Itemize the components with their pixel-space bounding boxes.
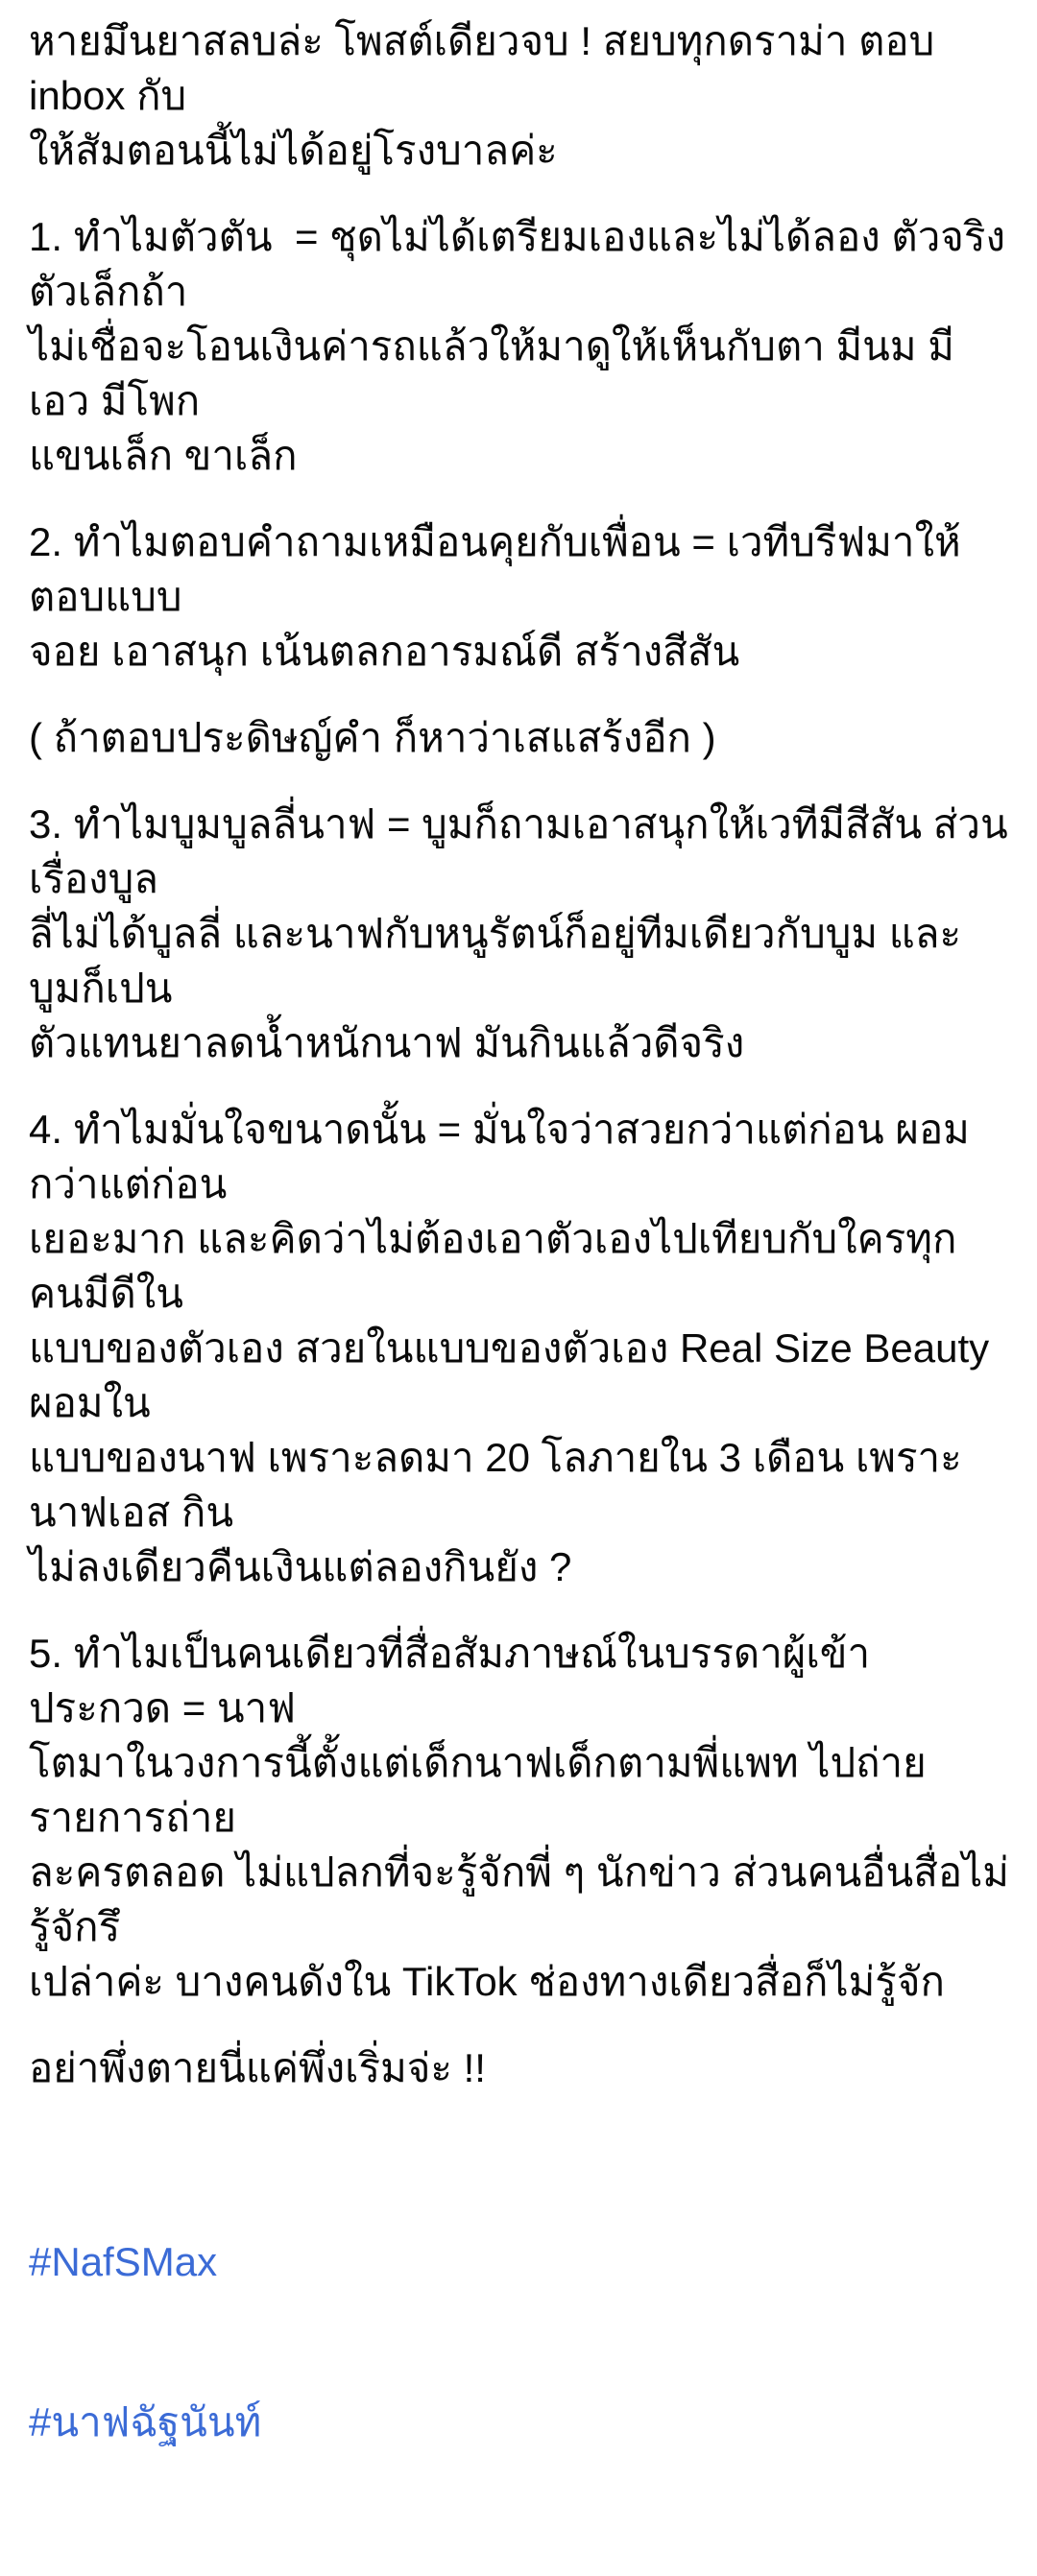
post-point-3-paragraph: 3. ทำไมบูมบูลลี่นาฟ = บูมก็ถามเอาสนุกให้… xyxy=(29,797,1010,1070)
post-intro-paragraph: หายมึนยาสลบล่ะ โพสต์เดียวจบ ! สยบทุกดราม… xyxy=(29,13,1010,178)
post-closing-paragraph: อย่าพึ่งตายนี่แค่พึ่งเริ่มจ่ะ !! xyxy=(29,2040,1010,2095)
hashtag-block: #NafSMax #นาฟฉัฐนันท์ xyxy=(29,2127,1010,2557)
post-point-4-paragraph: 4. ทำไมมั่นใจขนาดนั้น = มั่นใจว่าสวยกว่า… xyxy=(29,1102,1010,1594)
post-content: หายมึนยาสลบล่ะ โพสต์เดียวจบ ! สยบทุกดราม… xyxy=(0,0,1037,2576)
post-point-1-paragraph: 1. ทำไมตัวตัน = ชุดไม่ได้เตรียมเองและไม่… xyxy=(29,209,1010,483)
post-point-5-paragraph: 5. ทำไมเป็นคนเดียวที่สื่อสัมภาษณ์ในบรรดา… xyxy=(29,1626,1010,2009)
hashtag-link-nafsmax[interactable]: #NafSMax xyxy=(29,2236,217,2287)
hashtag-link-naf-chatthanan[interactable]: #นาฟฉัฐนันท์ xyxy=(29,2397,261,2447)
post-aside-paragraph: ( ถ้าตอบประดิษญ์คำ ก็หาว่าเสแสร้งอีก ) xyxy=(29,710,1010,765)
post-point-2-paragraph: 2. ทำไมตอบคำถามเหมือนคุยกับเพื่อน = เวที… xyxy=(29,514,1010,679)
